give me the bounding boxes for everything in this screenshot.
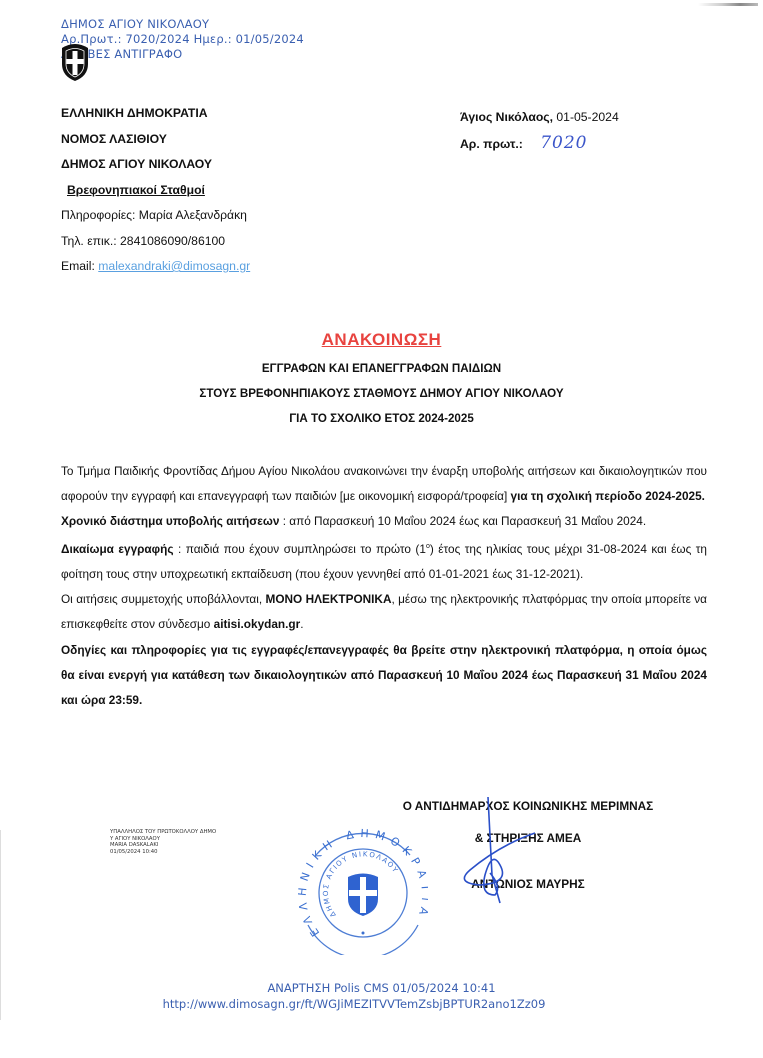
posting-info: ΑΝΑΡΤΗΣΗ Polis CMS 01/05/2024 10:41 bbox=[0, 980, 763, 996]
handwritten-protocol-number: 7020 bbox=[540, 133, 587, 153]
contact-email: Email: malexandraki@dimosagn.gr bbox=[61, 254, 250, 280]
date-protocol-header: Άγιος Νικόλαος, 01-05-2024 Αρ. πρωτ.: 70… bbox=[460, 104, 619, 157]
stamp-line-2: Αρ.Πρωτ.: 7020/2024 Ημερ.: 01/05/2024 bbox=[61, 32, 304, 47]
scan-artifact bbox=[698, 3, 758, 6]
announcement-title: ΑΝΑΚΟΙΝΩΣΗ bbox=[322, 330, 442, 350]
handwritten-signature-icon bbox=[440, 795, 550, 905]
paragraph-eligibility: Δικαίωμα εγγραφής : παιδιά που έχουν συμ… bbox=[61, 534, 707, 587]
paragraph-intro: Το Τμήμα Παιδικής Φροντίδας Δήμου Αγίου … bbox=[61, 459, 707, 509]
greek-coat-of-arms-icon bbox=[58, 42, 92, 82]
subtitle-line-3: ΓΙΑ ΤΟ ΣΧΟΛΙΚΟ ΕΤΟΣ 2024-2025 bbox=[0, 406, 763, 431]
stamp-line-1: ΔΗΜΟΣ ΑΓΙΟΥ ΝΙΚΟΛΑΟΥ bbox=[61, 17, 304, 32]
contact-phone: Τηλ. επικ.: 2841086090/86100 bbox=[61, 229, 250, 255]
paragraph-submission: Οι αιτήσεις συμμετοχής υποβάλλονται, ΜΟΝ… bbox=[61, 587, 707, 637]
platform-link[interactable]: aitisi.okydan.gr bbox=[214, 617, 301, 631]
place-date: Άγιος Νικόλαος, 01-05-2024 bbox=[460, 104, 619, 130]
announcement-body: Το Τμήμα Παιδικής Φροντίδας Δήμου Αγίου … bbox=[61, 459, 707, 713]
protocol-officer-note: ΥΠΑΛΛΗΛΟΣ ΤΟΥ ΠΡΩΤΟΚΟΛΛΟΥ ΔΗΜΟ Υ ΑΓΙΟΥ Ν… bbox=[110, 829, 216, 855]
protocol-number: Αρ. πρωτ.: 7020 bbox=[460, 130, 619, 157]
subtitle-line-1: ΕΓΓΡΑΦΩΝ ΚΑΙ ΕΠΑΝΕΓΓΡΑΦΩΝ ΠΑΙΔΙΩΝ bbox=[0, 356, 763, 381]
country-name: ΕΛΛΗΝΙΚΗ ΔΗΜΟΚΡΑΤΙΑ bbox=[61, 101, 250, 127]
stamp-line-3: ΑΚΡΙΒΕΣ ΑΝΤΙΓΡΑΦΟ bbox=[61, 47, 304, 62]
email-link[interactable]: malexandraki@dimosagn.gr bbox=[98, 259, 250, 273]
department-name: Βρεφονηπιακοί Σταθμοί bbox=[61, 178, 250, 204]
prefecture-name: ΝΟΜΟΣ ΛΑΣΙΘΙΟΥ bbox=[61, 127, 250, 153]
protocol-stamp: ΔΗΜΟΣ ΑΓΙΟΥ ΝΙΚΟΛΑΟΥ Αρ.Πρωτ.: 7020/2024… bbox=[61, 17, 304, 62]
paragraph-instructions: Οδηγίες και πληροφορίες για τις εγγραφές… bbox=[61, 638, 707, 713]
posting-url[interactable]: http://www.dimosagn.gr/ft/WGJiMEZITVVTem… bbox=[0, 996, 763, 1012]
subtitle-line-2: ΣΤΟΥΣ ΒΡΕΦΟΝΗΠΙΑΚΟΥΣ ΣΤΑΘΜΟΥΣ ΔΗΜΟΥ ΑΓΙΟ… bbox=[0, 381, 763, 406]
municipality-name: ΔΗΜΟΣ ΑΓΙΟΥ ΝΙΚΟΛΑΟΥ bbox=[61, 152, 250, 178]
sender-header: ΕΛΛΗΝΙΚΗ ΔΗΜΟΚΡΑΤΙΑ ΝΟΜΟΣ ΛΑΣΙΘΙΟΥ ΔΗΜΟΣ… bbox=[61, 101, 250, 280]
announcement-title-block: ΑΝΑΚΟΙΝΩΣΗ ΕΓΓΡΑΦΩΝ ΚΑΙ ΕΠΑΝΕΓΓΡΑΦΩΝ ΠΑΙ… bbox=[0, 330, 763, 431]
posting-footer: ΑΝΑΡΤΗΣΗ Polis CMS 01/05/2024 10:41 http… bbox=[0, 980, 763, 1012]
paragraph-period: Χρονικό διάστημα υποβολής αιτήσεων : από… bbox=[61, 509, 707, 534]
contact-info: Πληροφορίες: Μαρία Αλεξανδράκη bbox=[61, 203, 250, 229]
